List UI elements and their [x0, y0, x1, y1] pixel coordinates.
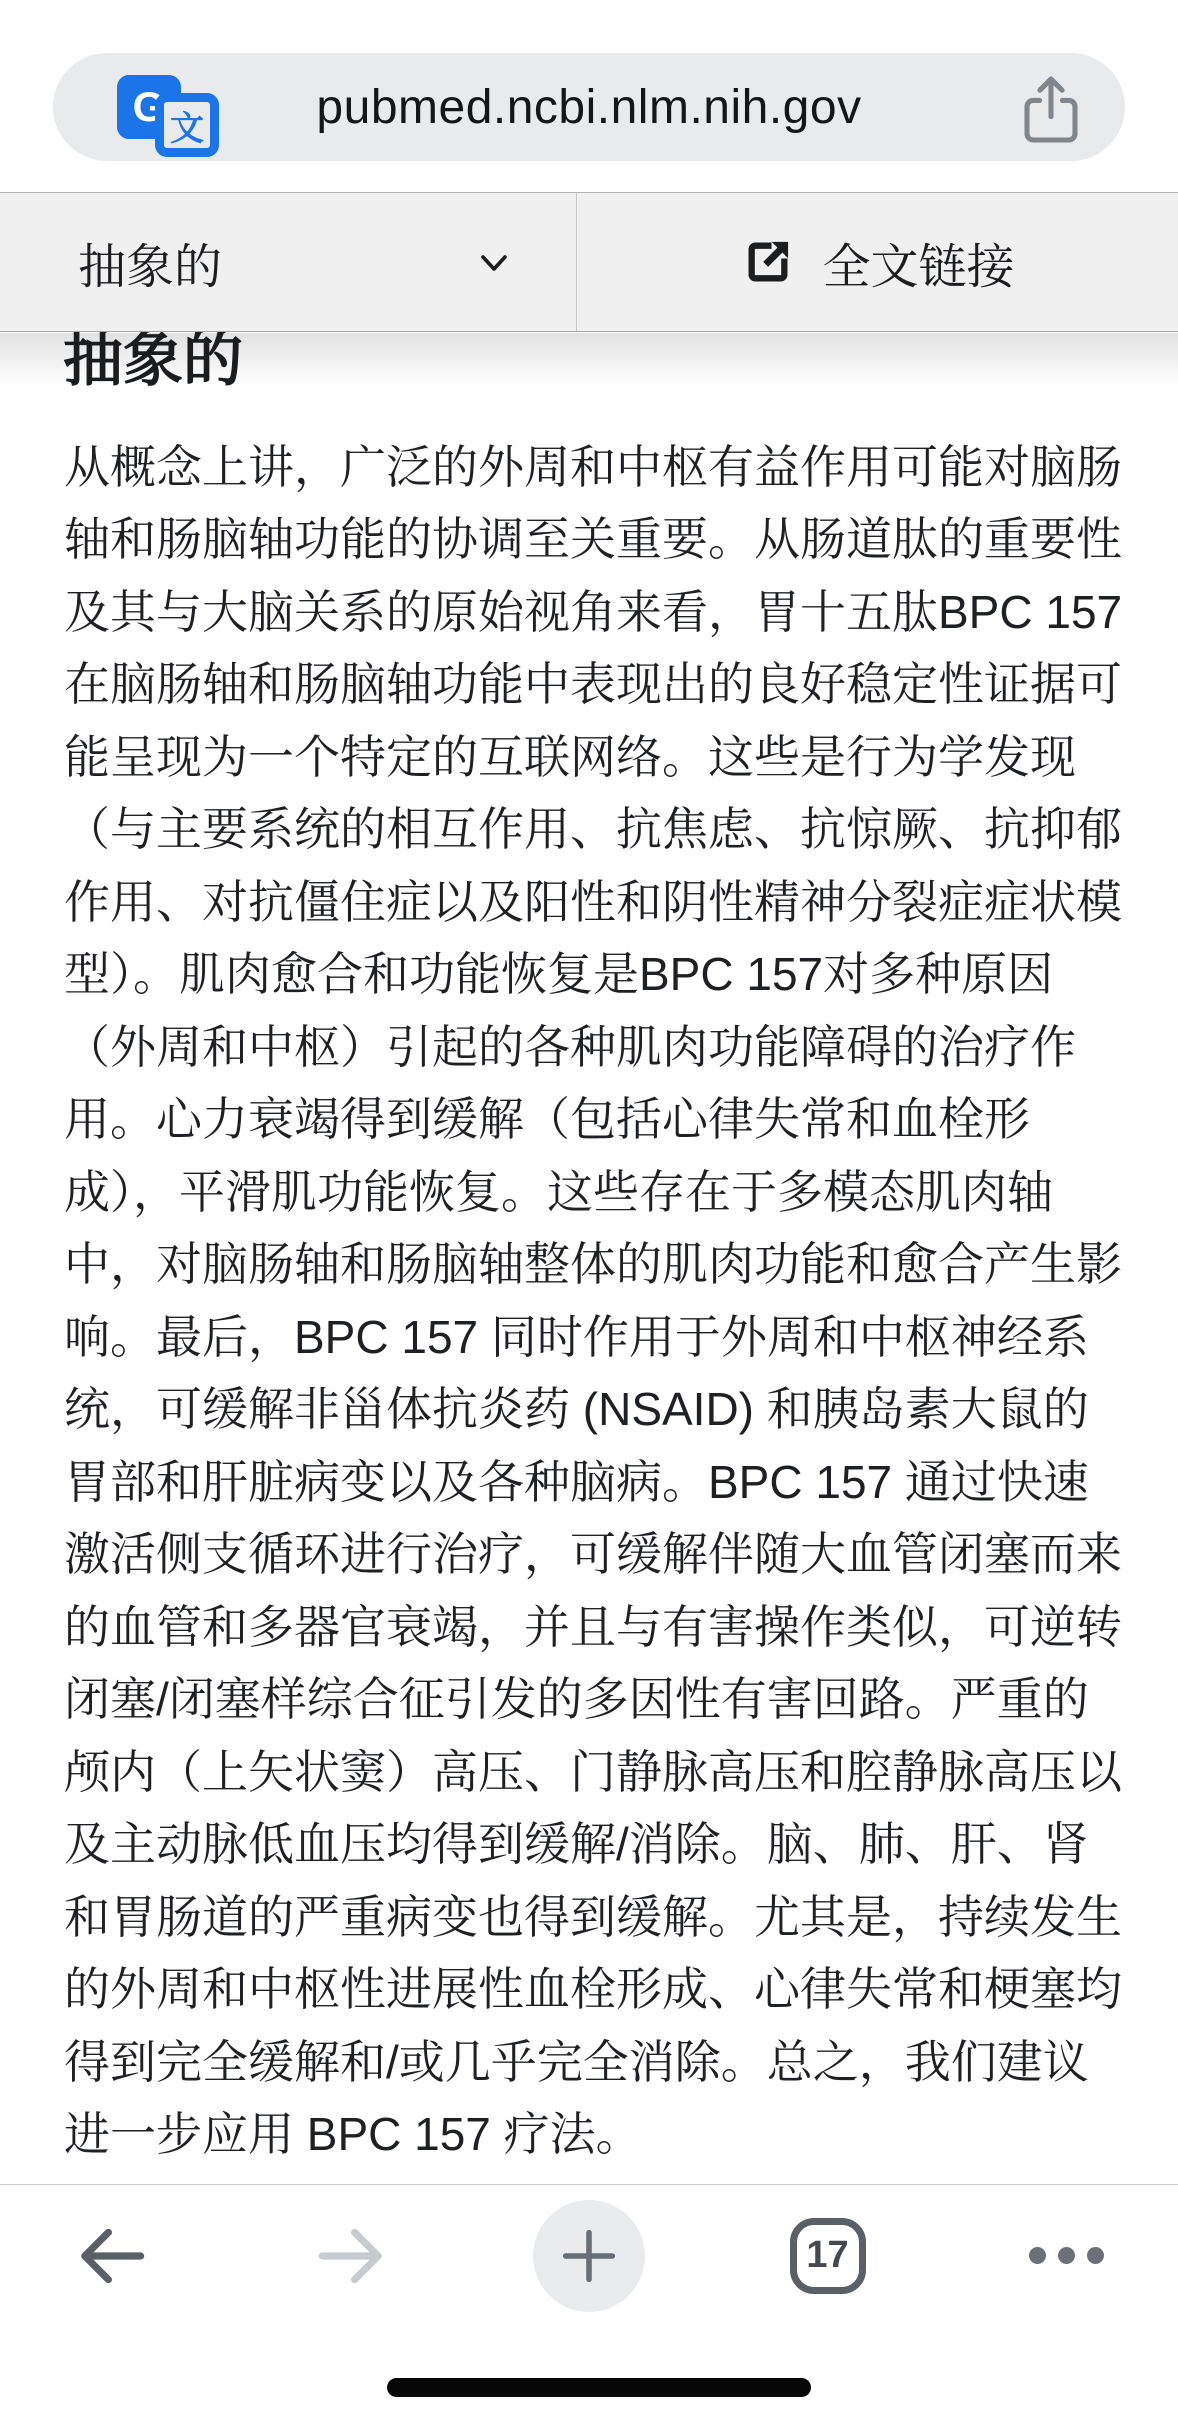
menu-button[interactable] — [1006, 2196, 1126, 2316]
abstract-text-line: （外周和中枢）引起的各种肌肉功能障碍的治疗作 — [64, 1017, 1178, 1077]
abstract-text-line: 闭塞/闭塞样综合征引发的多因性有害回路。严重的 — [64, 1669, 1178, 1729]
abstract-text-line: （与主要系统的相互作用、抗焦虑、抗惊厥、抗抑郁 — [64, 799, 1178, 859]
abstract-text-line: 从概念上讲，广泛的外周和中枢有益作用可能对脑肠 — [64, 437, 1178, 497]
google-translate-icon[interactable]: G 文 — [117, 75, 235, 171]
section-dropdown-label: 抽象的 — [78, 228, 222, 297]
abstract-text-line: 的血管和多器官衰竭，并且与有害操作类似，可逆转 — [64, 1597, 1178, 1657]
abstract-text-line: 用。心力衰竭得到缓解（包括心律失常和血栓形 — [64, 1089, 1178, 1149]
url-bar[interactable]: G 文 pubmed.ncbi.nlm.nih.gov — [53, 53, 1125, 161]
section-dropdown[interactable]: 抽象的 — [0, 193, 577, 331]
full-text-links-label: 全文链接 — [822, 228, 1014, 297]
abstract-text-line: 中，对脑肠轴和肠脑轴整体的肌肉功能和愈合产生影 — [64, 1234, 1178, 1294]
abstract-text-line: 轴和肠脑轴功能的协调至关重要。从肠道肽的重要性 — [64, 509, 1178, 569]
abstract-text-line: 统，可缓解非甾体抗炎药 (NSAID) 和胰岛素大鼠的 — [64, 1379, 1178, 1439]
abstract-text-line: 及主动脉低血压均得到缓解/消除。脑、肺、肝、肾 — [64, 1814, 1178, 1874]
abstract-text-line: 能呈现为一个特定的互联网络。这些是行为学发现 — [64, 727, 1178, 787]
abstract-text-line: 胃部和肝脏病变以及各种脑病。BPC 157 通过快速 — [64, 1452, 1178, 1512]
forward-button[interactable] — [291, 2196, 411, 2316]
back-button[interactable] — [52, 2196, 172, 2316]
abstract-text-line: 响。最后，BPC 157 同时作用于外周和中枢神经系 — [64, 1307, 1178, 1367]
abstract-text-line: 的外周和中枢性进展性血栓形成、心律失常和梗塞均 — [64, 1959, 1178, 2019]
full-text-links-button[interactable]: 全文链接 — [577, 193, 1178, 331]
abstract-text-line: 和胃肠道的严重病变也得到缓解。尤其是，持续发生 — [64, 1887, 1178, 1947]
tab-count: 17 — [806, 2234, 848, 2277]
abstract-text-line: 颅内（上矢状窦）高压、门静脉高压和腔静脉高压以 — [64, 1742, 1178, 1802]
chevron-down-icon — [470, 239, 518, 287]
abstract-text-line: 进一步应用 BPC 157 疗法。 — [64, 2104, 1178, 2164]
browser-screen: G 文 pubmed.ncbi.nlm.nih.gov 抽象的 — [0, 0, 1178, 2419]
tab-switcher-button[interactable]: 17 — [768, 2196, 888, 2316]
new-tab-button[interactable] — [529, 2196, 649, 2316]
browser-toolbar: 17 — [0, 2184, 1178, 2326]
new-tab-circle — [533, 2200, 645, 2312]
tab-count-icon: 17 — [790, 2218, 866, 2294]
external-link-icon — [740, 234, 796, 290]
share-icon[interactable] — [1015, 69, 1087, 151]
page-section-bar: 抽象的 全文链接 — [0, 192, 1178, 332]
abstract-text-line: 得到完全缓解和/或几乎完全消除。总之，我们建议 — [64, 2032, 1178, 2092]
home-indicator[interactable] — [387, 2378, 811, 2397]
abstract-text-line: 成），平滑肌功能恢复。这些存在于多模态肌肉轴 — [64, 1162, 1178, 1222]
abstract-text-line: 及其与大脑关系的原始视角来看，胃十五肽BPC 157 — [64, 582, 1178, 642]
abstract-text-line: 作用、对抗僵住症以及阳性和阴性精神分裂症症状模 — [64, 872, 1178, 932]
abstract-text-line: 激活侧支循环进行治疗，可缓解伴随大血管闭塞而来 — [64, 1524, 1178, 1584]
abstract-text-line: 型）。肌肉愈合和功能恢复是BPC 157对多种原因 — [64, 944, 1178, 1004]
three-dots-icon — [1029, 2247, 1104, 2264]
abstract-text-line: 在脑肠轴和肠脑轴功能中表现出的良好稳定性证据可 — [64, 654, 1178, 714]
